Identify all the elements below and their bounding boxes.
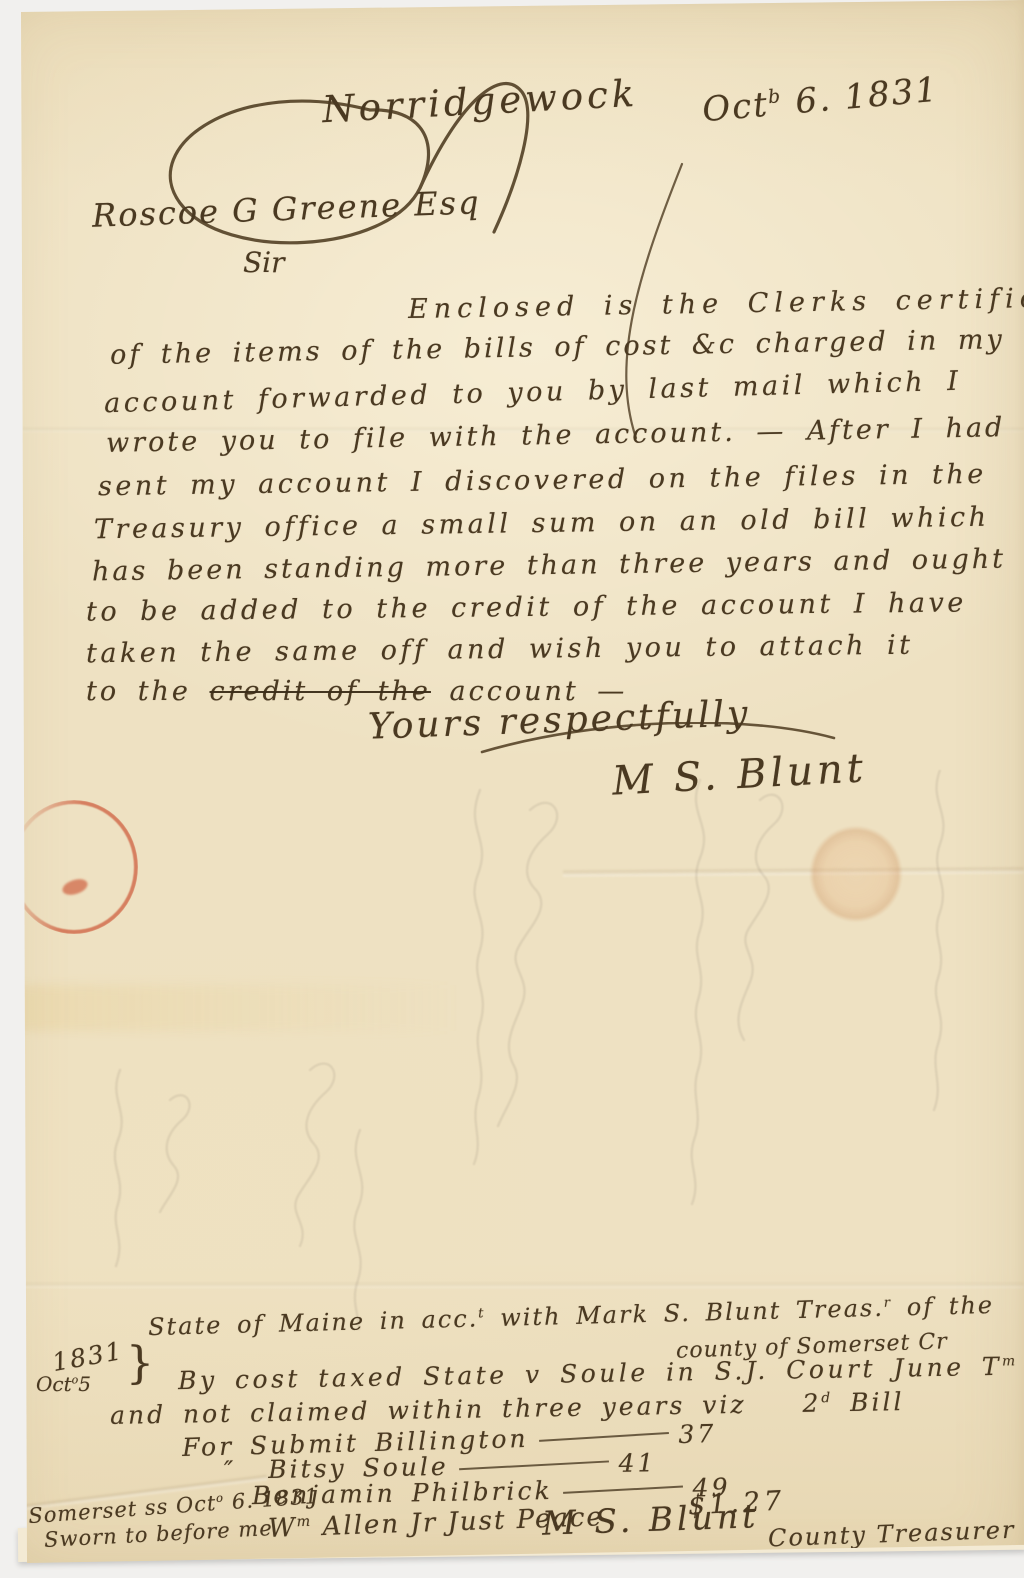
body-line-4: wrote you to file with the account. — Af… <box>106 412 1006 459</box>
spacer <box>747 1412 803 1413</box>
dateline-place: Norridgewock <box>321 72 639 131</box>
entry-sup: m <box>1002 1353 1019 1369</box>
salutation: Sir <box>243 246 285 279</box>
account-margin-brace: } <box>126 1338 154 1389</box>
heading-part: of the <box>892 1291 995 1322</box>
margin-day-abbr: Oct <box>36 1372 72 1396</box>
dateline-month: Oct <box>701 85 771 131</box>
body-line-1: Enclosed is the Clerks certificate <box>408 282 1024 325</box>
margin-day-num: 5 <box>78 1372 91 1396</box>
entry-sup: d <box>821 1390 833 1406</box>
officer-sup: m <box>296 1514 312 1531</box>
body-line-2: of the items of the bills of cost &c cha… <box>110 324 1005 371</box>
entry-part: Bill <box>833 1387 905 1417</box>
account-margin-year: 1831 <box>50 1336 126 1377</box>
body-line-3: account forwarded to you by last mail wh… <box>104 366 962 419</box>
entry-part: 2 <box>802 1389 821 1418</box>
dateline-day-year: 6. 1831 <box>781 70 940 123</box>
attestation-signature: M S. Blunt <box>541 1496 759 1543</box>
dateline-date: Octb 6. 1831 <box>701 70 941 131</box>
strikethrough-text: credit of the <box>210 676 431 707</box>
last-line-pre: to the <box>86 676 210 707</box>
item-ditto-mark: ″ <box>224 1456 237 1485</box>
letter-paper: Norridgewock Octb 6. 1831 Roscoe G Green… <box>0 0 1024 1578</box>
body-line-9: taken the same off and wish you to attac… <box>86 630 914 670</box>
attest-part: 6. 1831 <box>223 1484 319 1515</box>
account-margin-day: Octo5 <box>36 1372 91 1396</box>
body-line-5: sent my account I discovered on the file… <box>98 459 987 502</box>
ink-dash-stroke <box>563 1483 683 1493</box>
body-line-6: Treasury office a small sum on an old bi… <box>94 502 990 546</box>
ink-dash-stroke <box>538 1429 668 1441</box>
officer-part: W <box>268 1513 298 1544</box>
ink-dash-stroke <box>459 1458 609 1470</box>
item-amount: 37 <box>678 1419 717 1449</box>
entry-part: 1828 <box>1018 1350 1024 1381</box>
ink-bleed-through <box>60 770 1020 1330</box>
scanned-document: Norridgewock Octb 6. 1831 Roscoe G Green… <box>0 0 1024 1578</box>
body-line-8: to be added to the credit of the account… <box>86 587 967 627</box>
recipient-line: Roscoe G Greene Esq <box>91 183 481 235</box>
body-line-7: has been standing more than three years … <box>92 544 1006 588</box>
